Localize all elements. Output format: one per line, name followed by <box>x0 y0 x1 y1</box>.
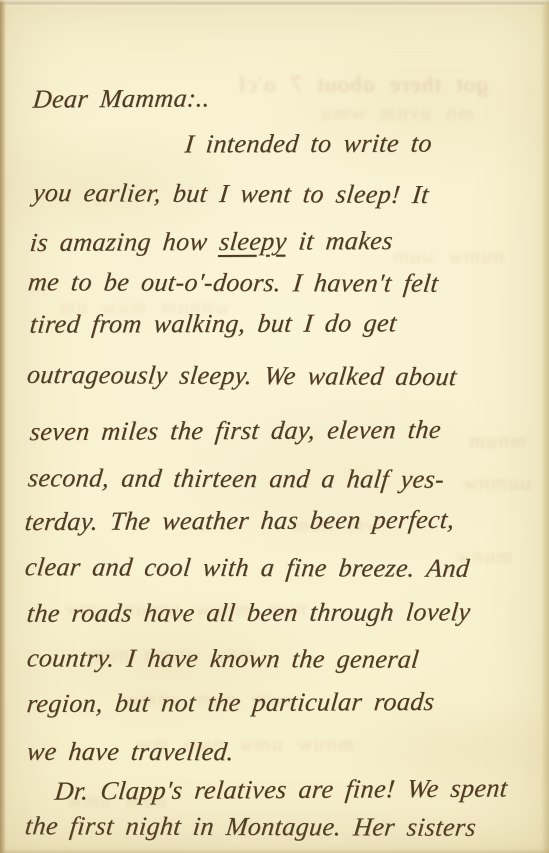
letter-page: got there about 7 o'cl mn uvnm wmu numw … <box>0 0 549 853</box>
paper-edge-top <box>0 0 549 3</box>
letter-line: outrageously sleepy. We walked about <box>25 358 458 394</box>
fold-crease-lower <box>0 0 549 8</box>
paper-edge-left <box>0 0 6 853</box>
bleedthrough-ghost-line: mnum <box>467 428 528 454</box>
letter-line: you earlier, but I went to sleep! It <box>31 176 431 212</box>
letter-line-segment: it makes <box>285 226 394 256</box>
letter-line: country. I have known the general <box>25 641 421 676</box>
letter-line: Dr. Clapp's relatives are fine! We spent <box>53 771 509 808</box>
letter-line: region, but not the particular roads <box>25 685 436 721</box>
bleedthrough-ghost-line: got there about 7 o'cl <box>237 72 490 98</box>
letter-line-segment: is amazing how <box>29 227 221 257</box>
letter-line: tired from walking, but I do get <box>28 306 398 341</box>
letter-line: the roads have all been through lovely <box>25 595 472 631</box>
underlined-word: sleepy <box>218 227 288 256</box>
letter-line: the first night in Montague. Her sisters <box>23 809 478 845</box>
letter-line: clear and cool with a fine breeze. And <box>23 550 471 586</box>
paper-edge-bottom <box>0 849 549 853</box>
letter-line: I intended to write to <box>183 127 433 162</box>
letter-line: terday. The weather has been perfect, <box>23 503 456 539</box>
fold-crease-upper <box>0 0 549 8</box>
letter-line: seven miles the first day, eleven the <box>28 413 442 449</box>
letter-line: me to be out-o'-doors. I haven't felt <box>26 265 440 300</box>
bleedthrough-ghost-line: numw uum <box>391 243 506 269</box>
letter-line: is amazing how sleepy it makes <box>28 224 394 260</box>
bleedthrough-ghost-line: uumnw <box>461 470 533 496</box>
letter-line: second, and thirteen and a half yes- <box>26 461 446 496</box>
letter-salutation: Dear Mamma:.. <box>31 81 211 116</box>
letter-line: we have travelled. <box>25 735 236 769</box>
bleedthrough-ghost-line: mn uvnm wmu <box>319 100 476 126</box>
paper-edge-right <box>541 0 549 853</box>
scanned-letter: got there about 7 o'cl mn uvnm wmu numw … <box>0 0 549 853</box>
